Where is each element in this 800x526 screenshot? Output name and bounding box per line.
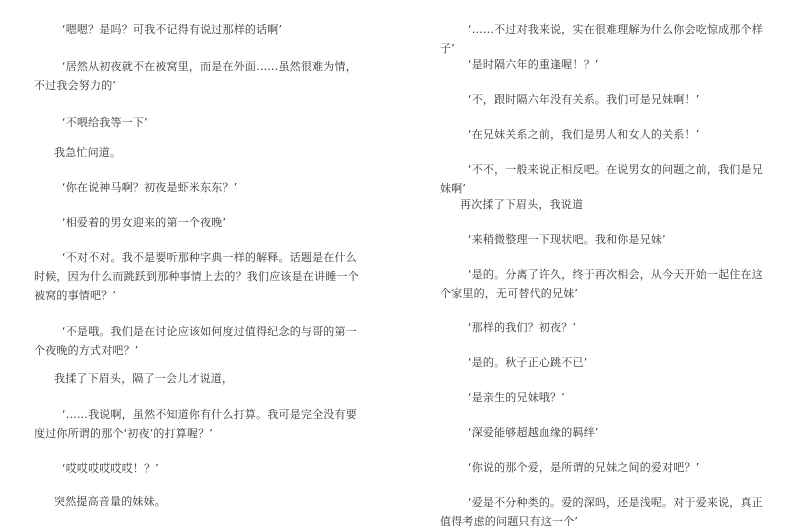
- dialogue-paragraph: ‘爱是不分种类的。爱的深吗，还是浅呢。对于爱来说，真正值得考虑的问题只有这一个’: [440, 493, 770, 526]
- right-text-column: ‘……不过对我来说，实在很难理解为什么你会吃惊成那个样子’‘是时隔六年的重逢喔！…: [440, 0, 770, 526]
- dialogue-paragraph: ‘是亲生的兄妹哦？’: [440, 388, 770, 407]
- dialogue-paragraph: ‘……不过对我来说，实在很难理解为什么你会吃惊成那个样子’: [440, 20, 770, 58]
- left-text-column: ‘嗯嗯？是吗？可我不记得有说过那样的话啊’‘居然从初夜就不在被窝里，而是在外面……: [34, 0, 364, 526]
- dialogue-paragraph: ‘在兄妹关系之前，我们是男人和女人的关系！’: [440, 125, 770, 144]
- dialogue-paragraph: ‘不，跟时隔六年没有关系。我们可是兄妹啊！’: [440, 90, 770, 109]
- dialogue-paragraph: ‘哎哎哎哎哎哎！？’: [34, 459, 364, 478]
- narration-paragraph: 我揉了下眉头，隔了一会儿才说道，: [34, 369, 364, 388]
- dialogue-paragraph: ‘……我说啊，虽然不知道你有什么打算。我可是完全没有要度过你所谓的那个‘初夜’的…: [34, 405, 364, 443]
- dialogue-paragraph: ‘是时隔六年的重逢喔！？’: [440, 55, 770, 74]
- dialogue-paragraph: ‘来稍微整理一下现状吧。我和你是兄妹’: [440, 230, 770, 249]
- dialogue-paragraph: ‘嗯嗯？是吗？可我不记得有说过那样的话啊’: [34, 20, 364, 39]
- dialogue-paragraph: ‘是的。分离了许久，终于再次相会，从今天开始一起住在这个家里的，无可替代的兄妹’: [440, 265, 770, 303]
- dialogue-paragraph: ‘不不，一般来说正相反吧。在说男女的问题之前，我们是兄妹啊’: [440, 160, 770, 198]
- dialogue-paragraph: ‘不对不对。我不是要听那种字典一样的解释。话题是在什么时候，因为什么而跳跃到那种…: [34, 248, 364, 305]
- dialogue-paragraph: ‘不喂给我等一下’: [34, 113, 364, 132]
- narration-paragraph: 再次揉了下眉头，我说道: [440, 195, 770, 214]
- dialogue-paragraph: ‘深爱能够超越血缘的羁绊’: [440, 423, 770, 442]
- dialogue-paragraph: ‘你在说神马啊？初夜是虾米东东？’: [34, 178, 364, 197]
- narration-paragraph: 我急忙问道。: [34, 143, 364, 162]
- dialogue-paragraph: ‘是的。秋子正心跳不已’: [440, 353, 770, 372]
- dialogue-paragraph: ‘不是哦。我们是在讨论应该如何度过值得纪念的与哥的第一个夜晚的方式对吧？’: [34, 322, 364, 360]
- dialogue-paragraph: ‘你说的那个爱，是所谓的兄妹之间的爱对吧？’: [440, 458, 770, 477]
- dialogue-paragraph: ‘相爱着的男女迎来的第一个夜晚’: [34, 213, 364, 232]
- dialogue-paragraph: ‘居然从初夜就不在被窝里，而是在外面……虽然很难为情，不过我会努力的’: [34, 57, 364, 95]
- dialogue-paragraph: ‘那样的我们？初夜？’: [440, 318, 770, 337]
- narration-paragraph: 突然提高音量的妹妹。: [34, 492, 364, 511]
